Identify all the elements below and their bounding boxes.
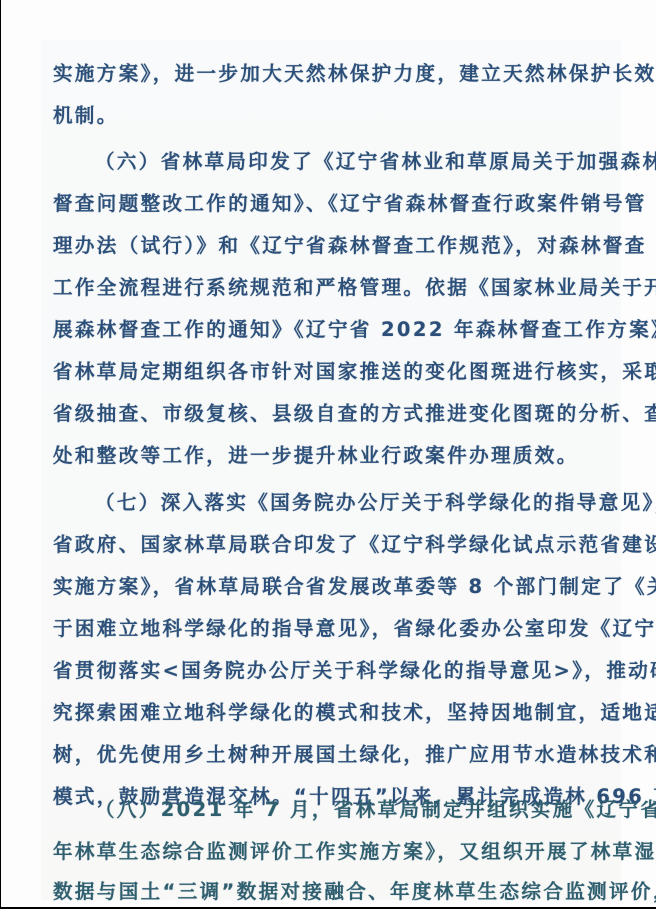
text-line: 机制。 <box>53 104 119 128</box>
text-line: 于困难立地科学绿化的指导意见》，省绿化委办公室印发《辽宁 <box>53 617 656 641</box>
text-line: 省级抽查、市级复核、县级自查的方式推进变化图斑的分析、查 <box>53 402 656 426</box>
text-line: 理办法（试行）》和《辽宁省森林督查工作规范》，对森林督查 <box>53 234 647 258</box>
scanned-document-page: 实施方案》，进一步加大天然林保护力度，建立天然林保护长效 机制。 （六）省林草局… <box>0 0 656 909</box>
paragraph-item-8-first-line: （八）2021 年 7 月，省林草局制定并组织实施《辽宁省 2021 <box>95 798 656 822</box>
text-line: 年林草生态综合监测评价工作实施方案》，又组织开展了林草湿 <box>53 840 656 864</box>
paragraph-item-6-first-line: （六）省林草局印发了《辽宁省林业和草原局关于加强森林 <box>95 150 656 174</box>
text-line: 实施方案》，进一步加大天然林保护力度，建立天然林保护长效 <box>53 62 656 86</box>
paragraph-item-7-first-line: （七）深入落实《国务院办公厅关于科学绿化的指导意见》， <box>95 491 656 515</box>
text-line: 展森林督查工作的通知》《辽宁省 2022 年森林督查工作方案》等， <box>53 318 656 342</box>
text-line: 省政府、国家林草局联合印发了《辽宁科学绿化试点示范省建设 <box>53 533 656 557</box>
text-line: 数据与国土“三调”数据对接融合、年度林草生态综合监测评价， <box>53 880 656 904</box>
text-line: 究探索困难立地科学绿化的模式和技术，坚持因地制宜，适地适 <box>53 701 656 725</box>
text-line: 树，优先使用乡土树种开展国土绿化，推广应用节水造林技术和 <box>53 743 656 767</box>
text-line: 省贯彻落实<国务院办公厅关于科学绿化的指导意见>》，推动研 <box>53 659 656 683</box>
text-line: 督查问题整改工作的通知》、《辽宁省森林督查行政案件销号管 <box>53 192 647 216</box>
text-line: 处和整改等工作，进一步提升林业行政案件办理质效。 <box>53 444 579 468</box>
text-line: 工作全流程进行系统规范和严格管理。依据《国家林业局关于开 <box>53 276 656 300</box>
text-line: 实施方案》，省林草局联合省发展改革委等 8 个部门制定了《关 <box>53 575 656 599</box>
text-line: 省林草局定期组织各市针对国家推送的变化图斑进行核实，采取 <box>53 360 656 384</box>
